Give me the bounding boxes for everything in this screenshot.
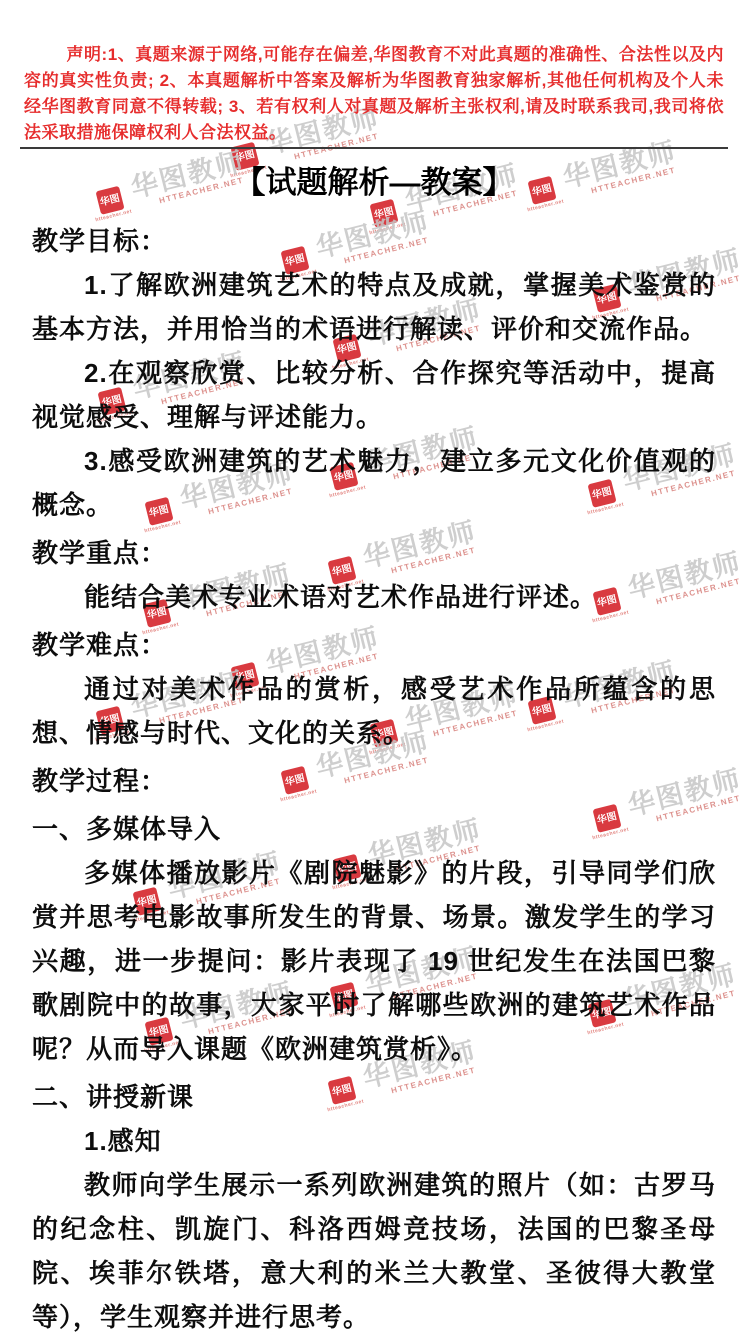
document-page: 华图htteacher.net华图教师HTTEACHER.NET华图htteac… (0, 0, 748, 1334)
body-paragraph: 2.在观察欣赏、比较分析、合作探究等活动中，提高视觉感受、理解与评述能力。 (32, 351, 716, 439)
body-paragraph: 能结合美术专业术语对艺术作品进行评述。 (32, 575, 716, 619)
body-paragraph: 教师向学生展示一系列欧洲建筑的照片（如：古罗马的纪念柱、凯旋门、科洛西姆竞技场，… (32, 1163, 716, 1334)
disclaimer-text: 声明:1、真题来源于网络,可能存在偏差,华图教育不对此真题的准确性、合法性以及内… (24, 0, 724, 146)
body-paragraph: 通过对美术作品的赏析，感受艺术作品所蕴含的思想、情感与时代、文化的关系。 (32, 667, 716, 755)
body-paragraph: 1.感知 (32, 1119, 716, 1163)
page-title: 【试题解析—教案】 (32, 159, 716, 207)
section-heading: 教学过程： (32, 759, 716, 803)
document-content: 声明:1、真题来源于网络,可能存在偏差,华图教育不对此真题的准确性、合法性以及内… (0, 0, 748, 1334)
body-paragraph: 多媒体播放影片《剧院魅影》的片段，引导同学们欣赏并思考电影故事所发生的背景、场景… (32, 851, 716, 1071)
section-heading: 二、讲授新课 (32, 1075, 716, 1119)
section-heading: 教学难点： (32, 623, 716, 667)
section-heading: 教学重点： (32, 531, 716, 575)
divider-rule (20, 147, 728, 149)
section-heading: 教学目标： (32, 219, 716, 263)
document-body: 教学目标：1.了解欧洲建筑艺术的特点及成就，掌握美术鉴赏的基本方法，并用恰当的术… (32, 219, 716, 1334)
body-paragraph: 3.感受欧洲建筑的艺术魅力，建立多元文化价值观的概念。 (32, 439, 716, 527)
section-heading: 一、多媒体导入 (32, 807, 716, 851)
body-paragraph: 1.了解欧洲建筑艺术的特点及成就，掌握美术鉴赏的基本方法，并用恰当的术语进行解读… (32, 263, 716, 351)
